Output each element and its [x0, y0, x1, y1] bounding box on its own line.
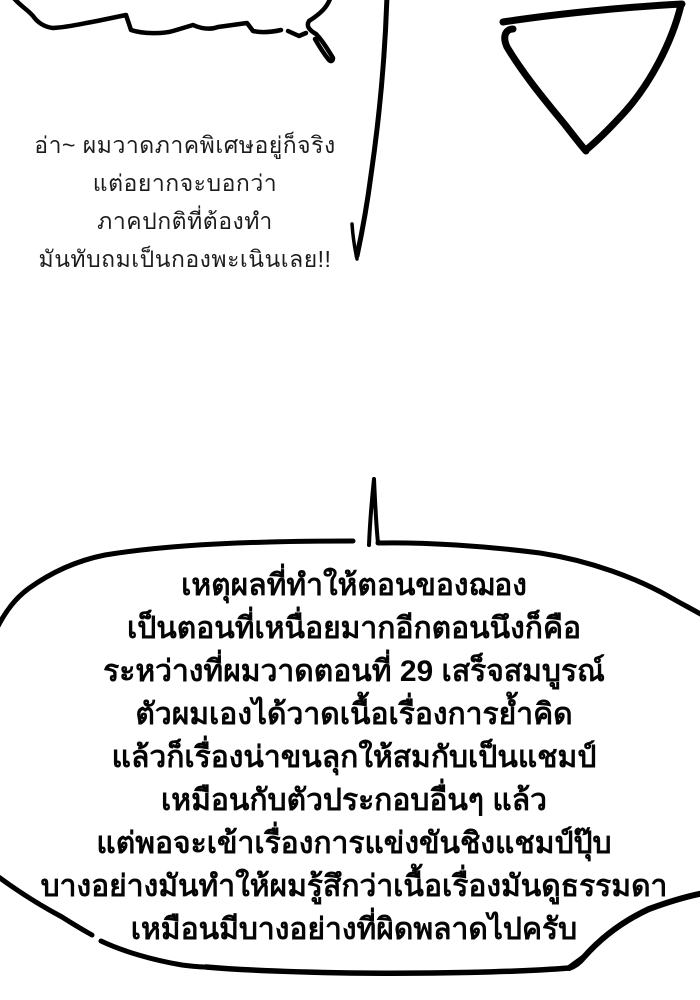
bubble-line: แต่พอจะเข้าเรื่องการแข่งขันชิงแชมป์ปุ๊บ: [28, 822, 680, 865]
bubble-line: ตัวผมเองได้วาดเนื้อเรื่องการย้ำคิด: [28, 693, 680, 736]
bubble-line: เหมือนมีบางอย่างที่ผิดพลาดไปครับ: [28, 908, 680, 951]
narration-line: ภาคปกติที่ต้องทำ: [10, 202, 360, 240]
bubble-line: เป็นตอนที่เหนื่อยมากอีกตอนนึงก็คือ: [28, 607, 680, 650]
bubble-line: เหมือนกับตัวประกอบอื่นๆ แล้ว: [28, 779, 680, 822]
comic-page: อ่า~ ผมวาดภาคพิเศษอยู่ก็จริง แต่อยากจะบอ…: [0, 0, 700, 1000]
bubble-line: แล้วก็เรื่องน่าขนลุกให้สมกับเป็นแชมป์: [28, 736, 680, 779]
narration-text-block: อ่า~ ผมวาดภาคพิเศษอยู่ก็จริง แต่อยากจะบอ…: [10, 126, 360, 278]
narration-line: แต่อยากจะบอกว่า: [10, 164, 360, 202]
bubble-line: เหตุผลที่ทำให้ตอนของฌอง: [28, 564, 680, 607]
narration-line: อ่า~ ผมวาดภาคพิเศษอยู่ก็จริง: [10, 126, 360, 164]
bubble-line: ระหว่างที่ผมวาดตอนที่ 29 เสร็จสมบูรณ์: [28, 650, 680, 693]
narration-line: มันทับถมเป็นกองพะเนินเลย!!: [10, 240, 360, 278]
down-triangle-doodle: [503, 4, 682, 151]
speech-bubble-bottom-edge-doodle: [12, 0, 333, 61]
speech-bubble-text-block: เหตุผลที่ทำให้ตอนของฌอง เป็นตอนที่เหนื่อ…: [28, 564, 680, 951]
bubble-line: บางอย่างมันทำให้ผมรู้สึกว่าเนื้อเรื่องมั…: [28, 865, 680, 908]
